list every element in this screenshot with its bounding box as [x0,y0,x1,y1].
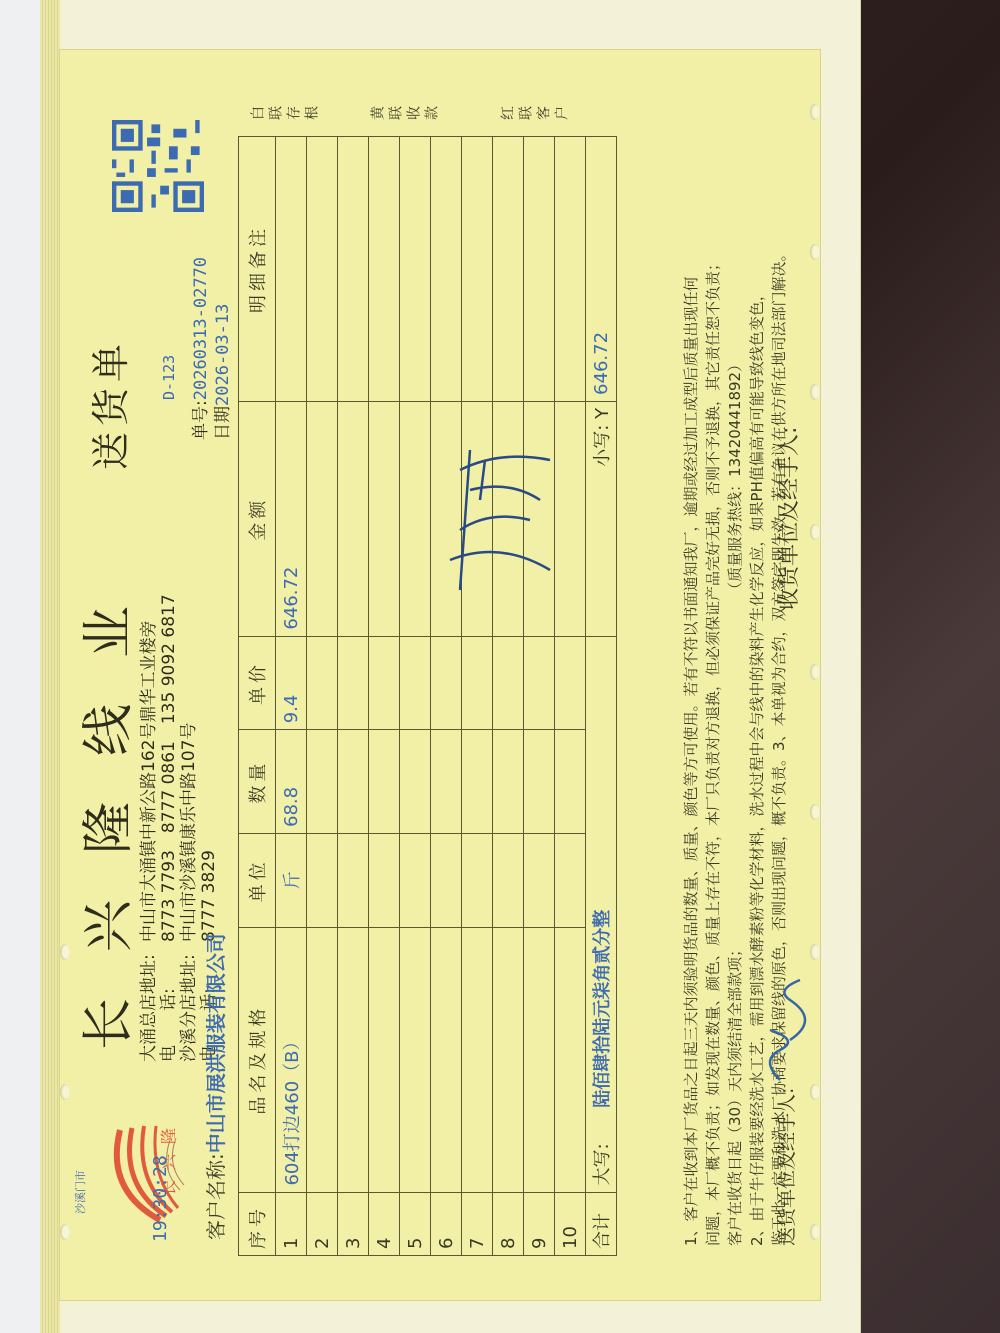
total-row: 合计 大写: 陆佰肆拾陆元柒角贰分整 小写: Y 646.72 [586,137,617,1256]
item-amount: 646.72 [276,401,307,636]
items-table: 序号 品名及规格 单位 数量 单价 金额 明细备注 1 604打边460（B） … [238,136,617,1256]
table-row: 5 [400,137,431,1256]
item-price: 9.4 [276,636,307,730]
table-row: 10 [555,137,586,1256]
sprocket-hole [810,804,820,820]
receiver-signature-scribble-icon [440,440,560,600]
header-amount: 金额 [239,401,276,636]
terms-line: 1、客户在收到本厂货品之日起三天内须验明货品的数量、质量、颜色等方可使用。若有不… [680,126,702,1246]
copy-label-white: 白联存根 [250,104,322,124]
table-row: 8 [493,137,524,1256]
total-lower-value: 646.72 [586,137,617,402]
customer-line: 客户名称:中山市展洪服装有限公司 [200,933,229,1240]
sender-signature-label: 送货单位及经手人: [772,1088,799,1246]
sprocket-hole [810,944,820,960]
table-row: 9 [524,137,555,1256]
table-row: 3 [338,137,369,1256]
header-qty: 数量 [239,730,276,834]
qr-code-icon [112,120,204,212]
total-upper-value: 陆佰肆拾陆元柒角贰分整 [592,910,613,1108]
total-lower-label: 小写: Y [586,401,617,636]
table-row: 2 [307,137,338,1256]
header-unit: 单位 [239,834,276,928]
header-no: 序号 [239,1192,276,1255]
table-row: 7 [462,137,493,1256]
item-qty: 68.8 [276,730,307,834]
header-note: 明细备注 [239,137,276,402]
serial-code: D-123 [160,355,178,400]
terms-line: 客户在收货日起（30）天内须结清全部款项； （质量服务热线：1342044189… [724,126,746,1246]
item-note [276,137,307,402]
document-title: 送货单 [80,338,135,470]
table-header-row: 序号 品名及规格 单位 数量 单价 金额 明细备注 [239,137,276,1256]
table-row: 6 [431,137,462,1256]
table-row: 1 604打边460（B） 斤 68.8 9.4 646.72 [276,137,307,1256]
receiver-signature-label: 收货单位及经手人: [772,427,803,610]
sprocket-hole [810,664,820,680]
logo-subtitle: 沙溪门市 [72,1170,88,1214]
sprocket-hole [810,384,820,400]
item-unit: 斤 [276,834,307,928]
table-row: 4 [369,137,400,1256]
customer-name: 中山市展洪服装有限公司 [204,933,228,1153]
item-name: 604打边460（B） [276,927,307,1192]
sprocket-hole [60,1084,70,1100]
header-price: 单价 [239,636,276,730]
copy-label-yellow: 黄联收款 [370,104,442,124]
order-date: 日期2026-03-13 [208,304,233,440]
total-label: 合计 [586,1192,617,1255]
sprocket-hole [810,244,820,260]
sprocket-hole [60,1224,70,1240]
delivery-note-wrapper: 沙溪门市 长兴隆 19:30:28 长兴隆线业 送货单 大涌总店地址:中山市大涌… [60,0,820,1333]
total-upper: 大写: 陆佰肆拾陆元柒角贰分整 [586,636,617,1192]
terms-line: 问题，本厂概不负责；如发现在数量、颜色、质量上存在不符，本厂只负责对方退换，但必… [702,126,724,1246]
company-name: 长兴隆线业 [66,560,141,1050]
sprocket-hole [810,104,820,120]
header-name: 品名及规格 [239,927,276,1192]
copy-label-red: 红联客户 [500,104,572,124]
print-time: 19:30:28 [150,1155,171,1242]
sender-signature-scribble-icon [750,970,820,1090]
stack-edges [40,0,60,1333]
sprocket-hole [810,524,820,540]
sprocket-hole [810,1224,820,1240]
delivery-note: 沙溪门市 长兴隆 19:30:28 长兴隆线业 送货单 大涌总店地址:中山市大涌… [60,50,820,1300]
